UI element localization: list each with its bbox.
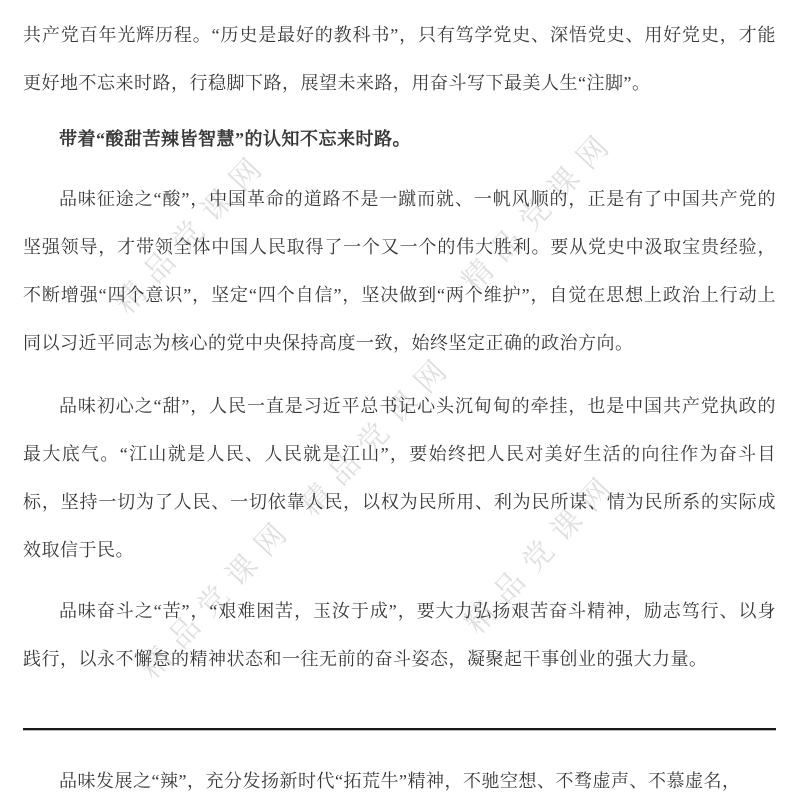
- paragraph-continuation: 共产党百年光辉历程。“历史是最好的教科书”，只有笃学党史、深悟党史、用好党史，才…: [23, 11, 776, 107]
- paragraph-tian: 品味初心之“甜”，人民一直是习近平总书记心头沉甸甸的牵挂，也是中国共产党执政的最…: [23, 382, 776, 574]
- document-content: 共产党百年光辉历程。“历史是最好的教科书”，只有笃学党史、深悟党史、用好党史，才…: [0, 0, 800, 800]
- section-heading: 带着“酸甜苦辣皆智慧”的认知不忘来时路。: [23, 115, 776, 163]
- document-page: 精品党课网精品党课网精品党课网精品党课网精品党课网 共产党百年光辉历程。“历史是…: [0, 0, 800, 800]
- paragraph-ku: 品味奋斗之“苦”，“艰难困苦，玉汝于成”，要大力弘扬艰苦奋斗精神，励志笃行、以身…: [23, 587, 776, 683]
- paragraph-la: 品味发展之“辣”，充分发扬新时代“拓荒牛”精神，不驰空想、不骛虚声、不慕虚名，: [23, 757, 776, 800]
- page-divider: [23, 728, 776, 731]
- paragraph-suan: 品味征途之“酸”，中国革命的道路不是一蹴而就、一帆风顺的，正是有了中国共产党的坚…: [23, 175, 776, 367]
